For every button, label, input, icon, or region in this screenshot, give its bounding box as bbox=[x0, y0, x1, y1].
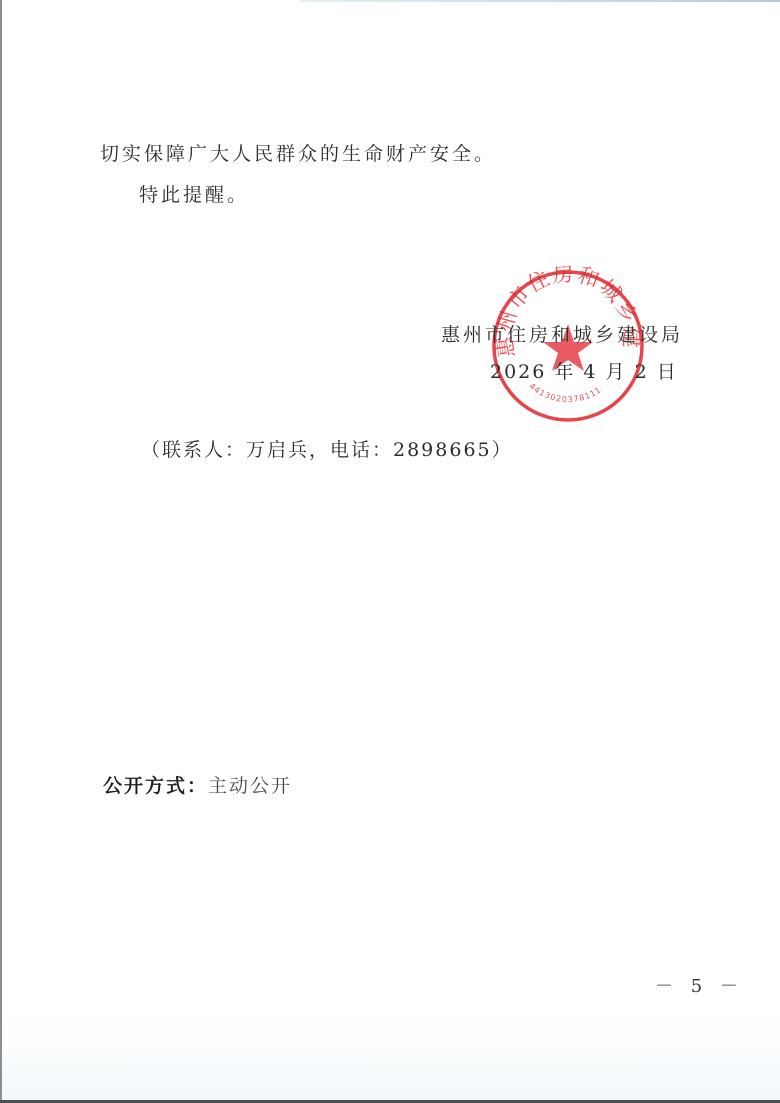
scan-edge-left bbox=[0, 0, 2, 1103]
disclosure-label: 公开方式： bbox=[103, 775, 208, 797]
document-page: 切实保障广大人民群众的生命财产安全。 特此提醒。 惠州市住房和城乡建设局 441… bbox=[0, 0, 780, 1103]
page-number: － 5 － bbox=[655, 972, 744, 998]
disclosure-method: 公开方式：主动公开 bbox=[103, 771, 292, 798]
signing-organization: 惠州市住房和城乡建设局 bbox=[441, 320, 683, 347]
paragraph-end: 切实保障广大人民群众的生命财产安全。 bbox=[100, 139, 496, 166]
disclosure-value: 主动公开 bbox=[208, 775, 292, 797]
contact-info: （联系人：万启兵，电话：2898665） bbox=[141, 435, 513, 462]
signing-date: 2026 年 4 月 2 日 bbox=[490, 357, 678, 384]
closing-remark: 特此提醒。 bbox=[139, 180, 249, 207]
scan-edge-top bbox=[300, 0, 780, 2]
svg-text:4413020378111: 4413020378111 bbox=[527, 381, 603, 404]
